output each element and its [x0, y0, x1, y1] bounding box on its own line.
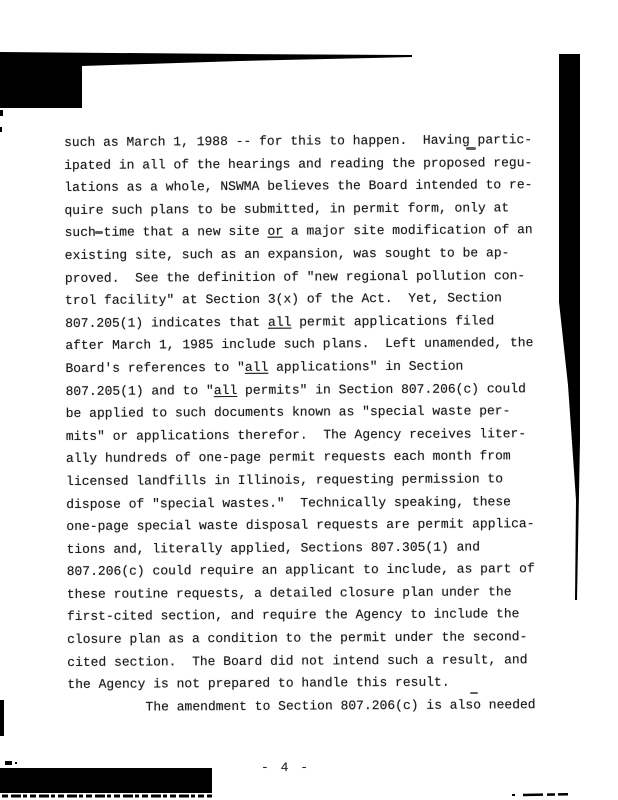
document-line: 807.206(c) could require an applicant to…	[67, 558, 553, 584]
document-line: the Agency is not prepared to handle thi…	[67, 671, 553, 697]
scan-artifact-left-squiggle	[5, 761, 12, 765]
scan-artifact-bottom-right-dot	[512, 794, 515, 796]
scan-artifact-bottom-left-block	[0, 768, 212, 793]
scan-artifact-left-strip	[0, 700, 4, 736]
document-line: 807.205(1) indicates that all permit app…	[65, 310, 551, 336]
document-line: proved. See the definition of "new regio…	[65, 265, 551, 291]
scan-artifact-right-bar	[559, 54, 580, 600]
document-line: 807.205(1) and to "all permits" in Secti…	[66, 378, 552, 404]
document-line: one-page special waste disposal requests…	[66, 513, 552, 539]
document-line: dispose of "special wastes." Technically…	[66, 491, 552, 517]
document-line: be applied to such documents known as "s…	[66, 400, 552, 426]
scan-artifact-bottom-right-line	[523, 794, 580, 795]
document-line: such time that a new site or a major sit…	[65, 219, 551, 245]
document-line: after March 1, 1985 include such plans. …	[65, 332, 551, 358]
document-line: The amendment to Section 807.206(c) is a…	[67, 694, 553, 720]
document-line: closure plan as a condition to the permi…	[67, 626, 553, 652]
scanned-document-page: such as March 1, 1988 -- for this to hap…	[0, 0, 618, 800]
scan-artifact-left-tick-1	[0, 110, 3, 116]
text-block: such as March 1, 1988 -- for this to hap…	[64, 129, 554, 719]
document-line: trol facility" at Section 3(x) of the Ac…	[65, 287, 551, 313]
document-line: first-cited section, and require the Age…	[67, 603, 553, 629]
document-line: cited section. The Board did not intend …	[67, 649, 553, 675]
scan-artifact-top-left-blob	[0, 52, 412, 108]
document-line: ipated in all of the hearings and readin…	[64, 152, 550, 178]
scan-artifact-left-squiggle-dot	[15, 762, 17, 764]
ink-smudge-2	[95, 231, 103, 234]
document-line: Board's references to "all applications"…	[65, 355, 551, 381]
document-line: existing site, such as an expansion, was…	[65, 242, 551, 268]
ink-smudge-3	[470, 692, 478, 694]
scan-artifact-left-tick-2	[0, 127, 2, 132]
document-line: tions and, literally applied, Sections 8…	[66, 536, 552, 562]
document-line: quire such plans to be submitted, in per…	[64, 197, 550, 223]
page-number: - 4 -	[261, 760, 310, 775]
document-line: these routine requests, a detailed closu…	[67, 581, 553, 607]
document-line: mits" or applications therefor. The Agen…	[66, 423, 552, 449]
ink-smudge-1	[466, 147, 476, 150]
document-line: such as March 1, 1988 -- for this to hap…	[64, 129, 550, 155]
document-line: lations as a whole, NSWMA believes the B…	[64, 174, 550, 200]
document-line: licensed landfills in Illinois, requesti…	[66, 468, 552, 494]
document-line: ally hundreds of one-page permit request…	[66, 445, 552, 471]
